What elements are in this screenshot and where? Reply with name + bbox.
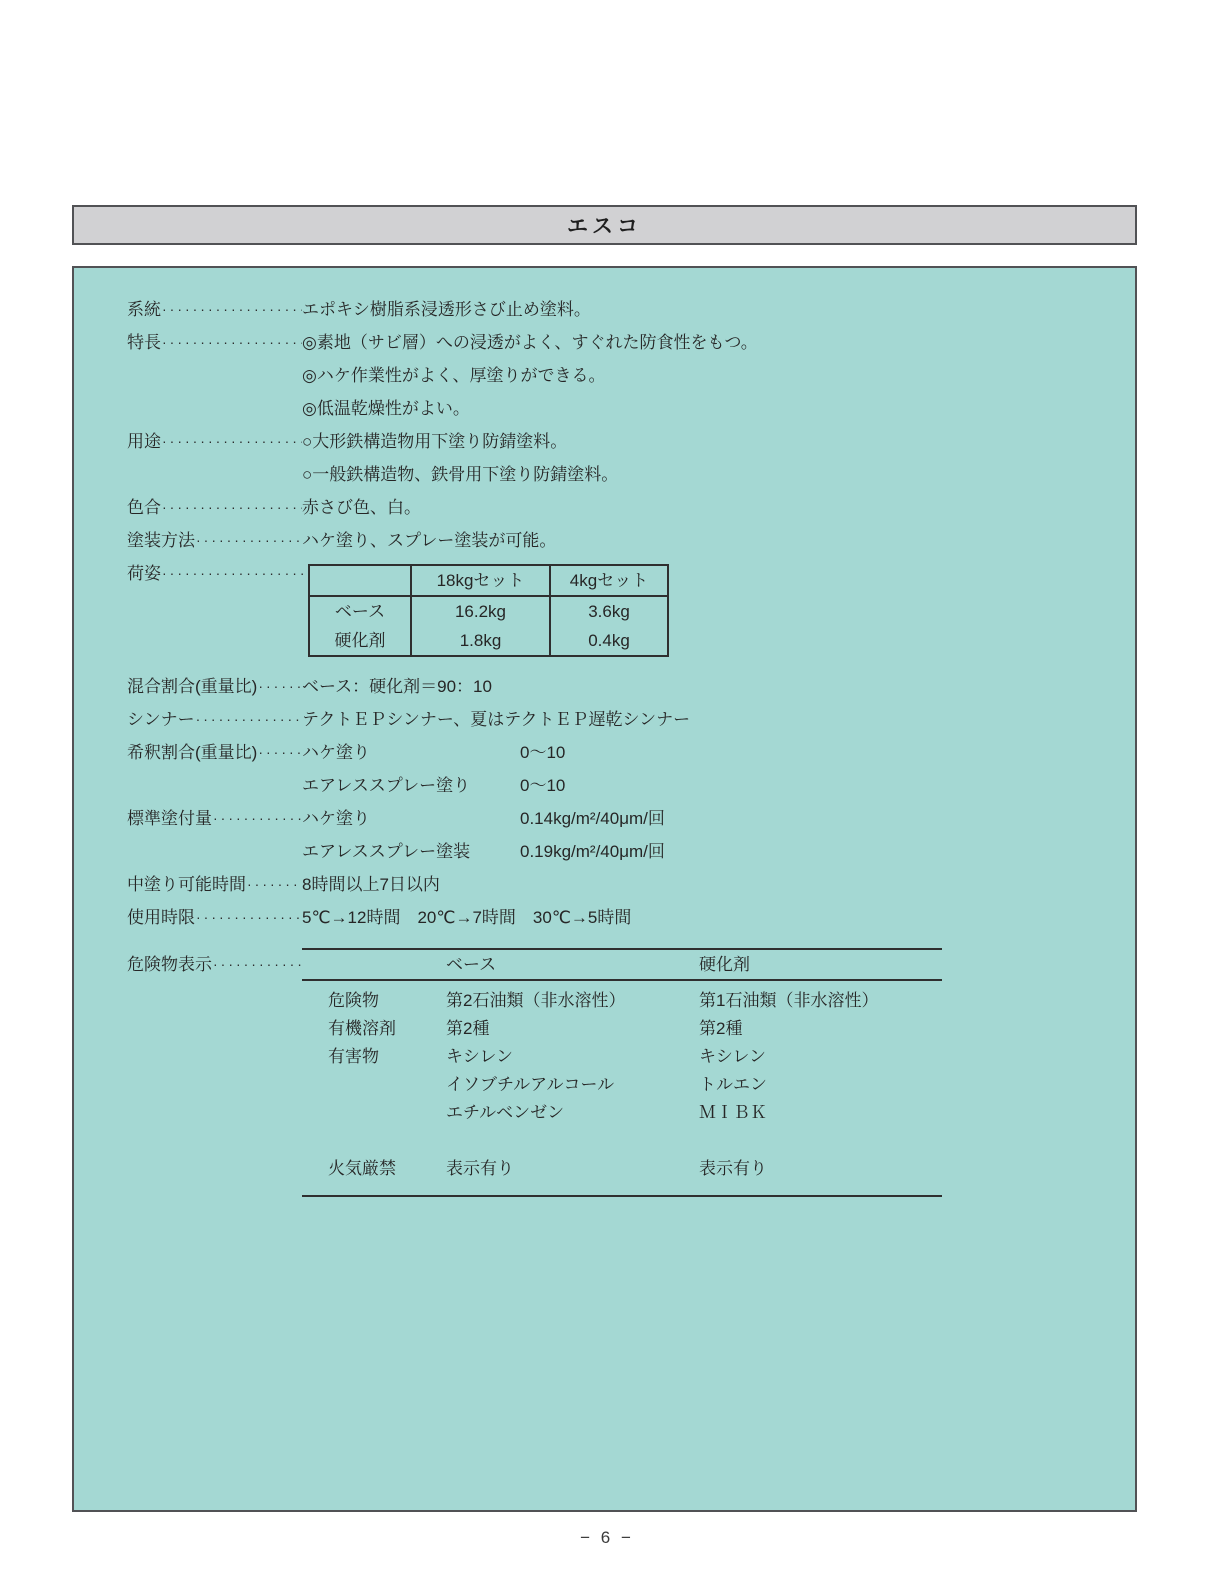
spec-value: ○大形鉄構造物用下塗り防錆塗料。 xyxy=(302,425,1135,458)
packaging-cell: 3.6kg xyxy=(549,597,667,626)
spec-pair: ハケ塗り0〜10 xyxy=(302,736,1135,769)
hazard-row: 危険物第2石油類（非水溶性）第1石油類（非水溶性） xyxy=(302,987,942,1015)
spec-row: 荷姿······································… xyxy=(127,557,1135,670)
hazard-cell: イソブチルアルコール xyxy=(446,1071,699,1099)
spec-pair-name: エアレススプレー塗装 xyxy=(302,835,520,868)
hazard-cell: 表示有り xyxy=(699,1155,942,1183)
hazard-cell: エチルベンゼン xyxy=(446,1099,699,1127)
spec-content: 8時間以上7日以内 xyxy=(302,868,1135,901)
spec-row-head: 中塗り可能時間·································… xyxy=(127,868,302,901)
hazard-cell xyxy=(328,1127,446,1155)
spec-content: テクトＥＰシンナー、夏はテクトＥＰ遅乾シンナー xyxy=(302,703,1135,736)
spec-pair-name: ハケ塗り xyxy=(302,802,520,835)
spec-row-head: 標準塗付量···································… xyxy=(127,802,302,835)
spec-row-head: 荷姿······································… xyxy=(127,557,308,590)
spec-label: 荷姿 xyxy=(127,557,161,590)
hazard-row: 火気厳禁表示有り表示有り xyxy=(302,1155,942,1183)
spec-row: 塗装方法····································… xyxy=(127,524,1135,557)
spec-label: 中塗り可能時間 xyxy=(127,868,246,901)
hazard-cell: ＭＩＢＫ xyxy=(699,1099,942,1127)
hazard-cell xyxy=(328,1071,446,1099)
packaging-cell: 1.8kg xyxy=(410,626,549,655)
spec-row-head: 系統······································… xyxy=(127,293,302,326)
product-title: エスコ xyxy=(567,210,642,240)
page-number: − 6 − xyxy=(0,1528,1214,1548)
spec-row-head: 色合······································… xyxy=(127,491,302,524)
packaging-cell: ベース xyxy=(310,597,410,626)
hazard-cell: 第2石油類（非水溶性） xyxy=(446,987,699,1015)
spec-label: 危険物表示 xyxy=(127,948,212,981)
spec-label: 用途 xyxy=(127,425,161,458)
spec-content: ハケ塗り0.14kg/m²/40μm/回エアレススプレー塗装0.19kg/m²/… xyxy=(302,802,1135,868)
spec-value: ◎ハケ作業性がよく、厚塗りができる。 xyxy=(302,359,1135,392)
spec-row-head: 危険物表示···································… xyxy=(127,948,302,981)
hazard-cell: 有機溶剤 xyxy=(328,1015,446,1043)
packaging-header-cell xyxy=(310,566,410,597)
leader-dots: ········································… xyxy=(195,703,302,736)
spec-row: 色合······································… xyxy=(127,491,1135,524)
spec-content: 赤さび色、白。 xyxy=(302,491,1135,524)
packaging-header-cell: 4kgセット xyxy=(549,566,667,597)
hazard-cell xyxy=(446,1127,699,1155)
spec-content: ハケ塗り0〜10エアレススプレー塗り0〜10 xyxy=(302,736,1135,802)
hazard-header-cell: 硬化剤 xyxy=(699,950,942,979)
spec-content: ○大形鉄構造物用下塗り防錆塗料。○一般鉄構造物、鉄骨用下塗り防錆塗料。 xyxy=(302,425,1135,491)
hazard-row: 有機溶剤第2種第2種 xyxy=(302,1015,942,1043)
hazard-header-cell xyxy=(328,950,446,979)
hazard-cell xyxy=(699,1127,942,1155)
spec-box: 系統······································… xyxy=(72,266,1137,1512)
spec-row: 特長······································… xyxy=(127,326,1135,425)
packaging-cell: 0.4kg xyxy=(549,626,667,655)
hazard-cell: 火気厳禁 xyxy=(328,1155,446,1183)
leader-dots: ········································… xyxy=(257,670,302,703)
leader-dots: ········································… xyxy=(257,736,302,769)
spec-value: テクトＥＰシンナー、夏はテクトＥＰ遅乾シンナー xyxy=(302,703,1135,736)
spec-row-head: 混合割合(重量比)·······························… xyxy=(127,670,302,703)
hazard-cell xyxy=(328,1099,446,1127)
spec-label: 特長 xyxy=(127,326,161,359)
spec-pair: エアレススプレー塗装0.19kg/m²/40μm/回 xyxy=(302,835,1135,868)
spec-row: 用途······································… xyxy=(127,425,1135,491)
spec-pair-value: 0.19kg/m²/40μm/回 xyxy=(520,835,665,868)
spec-value: ベース：硬化剤＝90：10 xyxy=(302,670,1135,703)
hazard-row: 有害物キシレンキシレン xyxy=(302,1043,942,1071)
hazard-cell: 第1石油類（非水溶性） xyxy=(699,987,942,1015)
hazard-table-body: 危険物第2石油類（非水溶性）第1石油類（非水溶性）有機溶剤第2種第2種有害物キシ… xyxy=(302,981,942,1197)
spec-label: 標準塗付量 xyxy=(127,802,212,835)
spec-row: 希釈割合(重量比)·······························… xyxy=(127,736,1135,802)
packaging-table: 18kgセット4kgセットベース16.2kg3.6kg硬化剤1.8kg0.4kg xyxy=(308,564,669,657)
hazard-row: イソブチルアルコールトルエン xyxy=(302,1071,942,1099)
leader-dots: ········································… xyxy=(161,491,302,524)
spec-label: 系統 xyxy=(127,293,161,326)
spec-row: 危険物表示···································… xyxy=(127,948,1135,1197)
spec-pair: エアレススプレー塗り0〜10 xyxy=(302,769,1135,802)
spec-rows: 系統······································… xyxy=(127,293,1135,1197)
packaging-cell: 硬化剤 xyxy=(310,626,410,655)
hazard-cell: キシレン xyxy=(699,1043,942,1071)
spec-value: ハケ塗り、スプレー塗装が可能。 xyxy=(302,524,1135,557)
hazard-cell: 有害物 xyxy=(328,1043,446,1071)
leader-dots: ········································… xyxy=(161,293,302,326)
spec-label: シンナー xyxy=(127,703,195,736)
spec-row-head: シンナー····································… xyxy=(127,703,302,736)
spec-content: エポキシ樹脂系浸透形さび止め塗料。 xyxy=(302,293,1135,326)
packaging-cell: 16.2kg xyxy=(410,597,549,626)
spec-row-head: 特長······································… xyxy=(127,326,302,359)
product-title-bar: エスコ xyxy=(72,205,1137,245)
spec-row: 使用時限····································… xyxy=(127,901,1135,934)
hazard-row: エチルベンゼンＭＩＢＫ xyxy=(302,1099,942,1127)
spec-row-head: 塗装方法····································… xyxy=(127,524,302,557)
leader-dots: ········································… xyxy=(212,802,302,835)
spec-value: 赤さび色、白。 xyxy=(302,491,1135,524)
leader-dots: ········································… xyxy=(161,557,308,590)
spec-value: ◎素地（サビ層）への浸透がよく、すぐれた防食性をもつ。 xyxy=(302,326,1135,359)
spec-pair-name: ハケ塗り xyxy=(302,736,520,769)
spec-value: 8時間以上7日以内 xyxy=(302,868,1135,901)
leader-dots: ········································… xyxy=(195,524,302,557)
spec-label: 混合割合(重量比) xyxy=(127,670,257,703)
spec-row: 標準塗付量···································… xyxy=(127,802,1135,868)
spec-value: エポキシ樹脂系浸透形さび止め塗料。 xyxy=(302,293,1135,326)
spec-content: ベース：硬化剤＝90：10 xyxy=(302,670,1135,703)
spec-row: シンナー····································… xyxy=(127,703,1135,736)
spec-content: 5℃→12時間 20℃→7時間 30℃→5時間 xyxy=(302,901,1135,934)
spec-row-head: 希釈割合(重量比)·······························… xyxy=(127,736,302,769)
hazard-cell: 表示有り xyxy=(446,1155,699,1183)
spec-pair: ハケ塗り0.14kg/m²/40μm/回 xyxy=(302,802,1135,835)
spec-pair-value: 0〜10 xyxy=(520,769,565,802)
spec-row: 中塗り可能時間·································… xyxy=(127,868,1135,901)
hazard-cell: トルエン xyxy=(699,1071,942,1099)
spec-content: ハケ塗り、スプレー塗装が可能。 xyxy=(302,524,1135,557)
leader-dots: ········································… xyxy=(161,326,302,359)
hazard-header-row: ベース硬化剤 xyxy=(302,948,942,981)
spec-value: 5℃→12時間 20℃→7時間 30℃→5時間 xyxy=(302,901,1135,934)
spec-content: ◎素地（サビ層）への浸透がよく、すぐれた防食性をもつ。◎ハケ作業性がよく、厚塗り… xyxy=(302,326,1135,425)
spec-row-head: 使用時限····································… xyxy=(127,901,302,934)
document-page: エスコ 系統··································… xyxy=(0,0,1214,1584)
hazard-cell: 危険物 xyxy=(328,987,446,1015)
spec-label: 希釈割合(重量比) xyxy=(127,736,257,769)
spec-row: 系統······································… xyxy=(127,293,1135,326)
spec-content: ベース硬化剤危険物第2石油類（非水溶性）第1石油類（非水溶性）有機溶剤第2種第2… xyxy=(302,948,1135,1197)
spec-label: 塗装方法 xyxy=(127,524,195,557)
spec-value: ○一般鉄構造物、鉄骨用下塗り防錆塗料。 xyxy=(302,458,1135,491)
spec-content: 18kgセット4kgセットベース16.2kg3.6kg硬化剤1.8kg0.4kg xyxy=(308,557,1135,670)
spec-pair-value: 0〜10 xyxy=(520,736,565,769)
hazard-header-cell: ベース xyxy=(446,950,699,979)
hazard-cell: キシレン xyxy=(446,1043,699,1071)
leader-dots: ········································… xyxy=(212,948,302,981)
leader-dots: ········································… xyxy=(161,425,302,458)
spec-row-head: 用途······································… xyxy=(127,425,302,458)
hazard-table: ベース硬化剤危険物第2石油類（非水溶性）第1石油類（非水溶性）有機溶剤第2種第2… xyxy=(302,948,942,1197)
packaging-header-cell: 18kgセット xyxy=(410,566,549,597)
spec-label: 色合 xyxy=(127,491,161,524)
spec-pair-value: 0.14kg/m²/40μm/回 xyxy=(520,802,665,835)
hazard-cell: 第2種 xyxy=(446,1015,699,1043)
spec-pair-name: エアレススプレー塗り xyxy=(302,769,520,802)
leader-dots: ········································… xyxy=(246,868,302,901)
hazard-cell: 第2種 xyxy=(699,1015,942,1043)
spec-label: 使用時限 xyxy=(127,901,195,934)
spec-value: ◎低温乾燥性がよい。 xyxy=(302,392,1135,425)
leader-dots: ········································… xyxy=(195,901,302,934)
spec-row: 混合割合(重量比)·······························… xyxy=(127,670,1135,703)
hazard-row xyxy=(302,1127,942,1155)
